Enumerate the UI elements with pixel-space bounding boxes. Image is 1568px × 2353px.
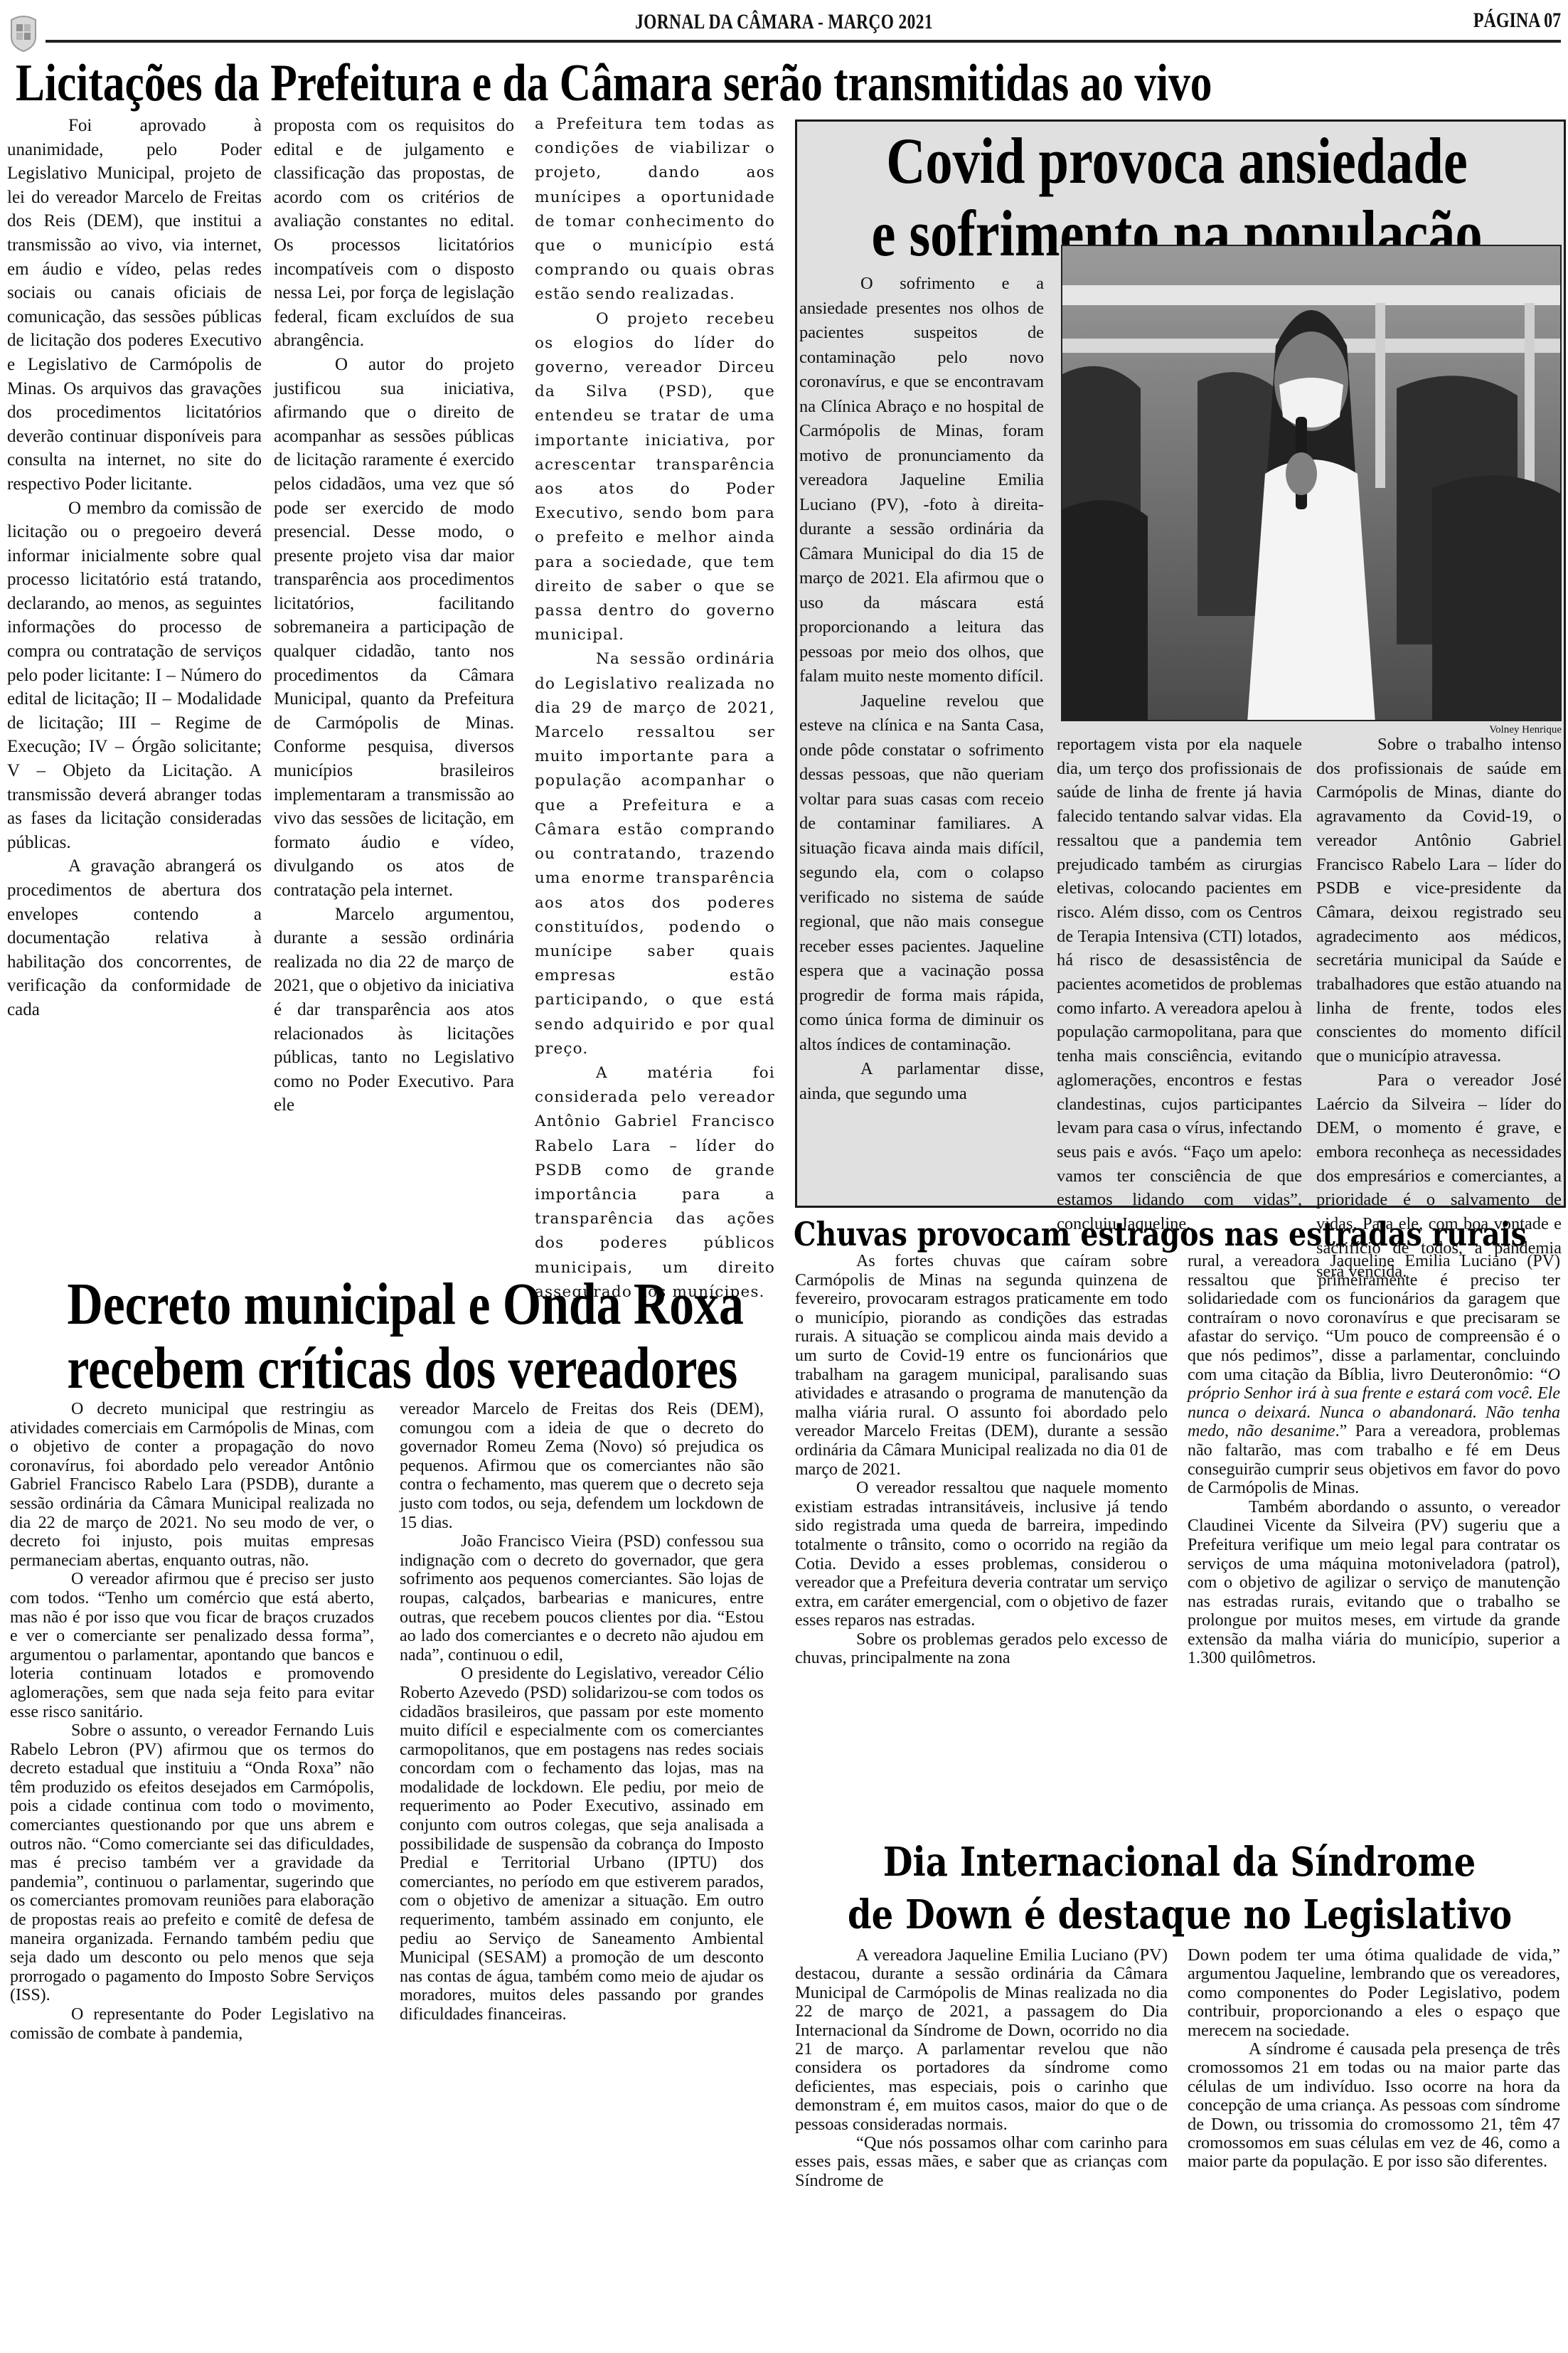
headline-covid-line-1: Covid provoca ansiedade bbox=[867, 128, 1487, 193]
paragraph: reportagem vista por ela naquele dia, um… bbox=[1057, 733, 1302, 1236]
paragraph: O membro da comissão de licitação ou o p… bbox=[7, 496, 262, 855]
paragraph: rural, a vereadora Jaqueline Emilia Luci… bbox=[1188, 1252, 1560, 1498]
down-column-2: Down podem ter uma ótima qualidade de vi… bbox=[1188, 1946, 1560, 2172]
covid-column-2: reportagem vista por ela naquele dia, um… bbox=[1057, 733, 1302, 1236]
masthead-rule bbox=[46, 40, 1561, 43]
headline-down-line-1: Dia Internacional da Síndrome bbox=[848, 1842, 1511, 1882]
coat-of-arms-icon bbox=[7, 13, 40, 53]
paragraph: “Que nós possamos olhar com carinho para… bbox=[795, 2134, 1168, 2190]
paragraph: A matéria foi considerada pelo vereador … bbox=[535, 1061, 775, 1305]
chuvas-column-1: As fortes chuvas que caíram sobre Carmóp… bbox=[795, 1252, 1168, 1668]
covid-column-3: Sobre o trabalho intenso dos profissiona… bbox=[1316, 733, 1562, 1284]
headline-chuvas: Chuvas provocam estragos nas estradas ru… bbox=[794, 1218, 1527, 1250]
paragraph: João Francisco Vieira (PSD) confessou su… bbox=[400, 1532, 764, 1664]
paragraph: Down podem ter uma ótima qualidade de vi… bbox=[1188, 1946, 1560, 2040]
paragraph: O vereador ressaltou que naquele momento… bbox=[795, 1479, 1168, 1630]
down-column-1: A vereadora Jaqueline Emilia Luciano (PV… bbox=[795, 1946, 1168, 2190]
newspaper-title: JORNAL DA CÂMARA - MARÇO 2021 bbox=[173, 10, 1396, 34]
headline-licitacoes: Licitações da Prefeitura e da Câmara ser… bbox=[16, 57, 1212, 110]
paragraph: A parlamentar disse, ainda, que segundo … bbox=[799, 1057, 1044, 1106]
paragraph: O presidente do Legislativo, vereador Cé… bbox=[400, 1664, 764, 2024]
covid-column-1: O sofrimento e a ansiedade presentes nos… bbox=[799, 272, 1044, 1106]
licitacoes-column-2: proposta com os requisitos do edital e d… bbox=[274, 114, 514, 1117]
paragraph: O representante do Poder Legislativo na … bbox=[10, 2005, 374, 2043]
paragraph: O autor do projeto justificou sua inicia… bbox=[274, 353, 514, 903]
decreto-column-1: O decreto municipal que restringiu as at… bbox=[10, 1400, 374, 2043]
paragraph: O sofrimento e a ansiedade presentes nos… bbox=[799, 272, 1044, 689]
paragraph: Também abordando o assunto, o vereador C… bbox=[1188, 1498, 1560, 1668]
paragraph: Marcelo argumentou, durante a sessão ord… bbox=[274, 903, 514, 1117]
paragraph: vereador Marcelo de Freitas dos Reis (DE… bbox=[400, 1400, 764, 1532]
licitacoes-column-3: a Prefeitura tem todas as condições de v… bbox=[535, 112, 775, 1305]
paragraph: A gravação abrangerá os procedimentos de… bbox=[7, 854, 262, 1021]
headline-decreto-line-2: recebem críticas dos vereadores bbox=[67, 1339, 722, 1398]
photo-vereadora-jaqueline bbox=[1061, 245, 1562, 721]
paragraph: A síndrome é causada pela presença de tr… bbox=[1188, 2040, 1560, 2172]
paragraph: As fortes chuvas que caíram sobre Carmóp… bbox=[795, 1252, 1168, 1479]
paragraph: a Prefeitura tem todas as condições de v… bbox=[535, 112, 775, 307]
paragraph: O projeto recebeu os elogios do líder do… bbox=[535, 307, 775, 648]
quote-lead: rural, a vereadora Jaqueline Emilia Luci… bbox=[1188, 1252, 1560, 1384]
paragraph: proposta com os requisitos do edital e d… bbox=[274, 114, 514, 353]
paragraph: Sobre o assunto, o vereador Fernando Lui… bbox=[10, 1721, 374, 2005]
paragraph: O decreto municipal que restringiu as at… bbox=[10, 1400, 374, 1570]
paragraph: Foi aprovado à unanimidade, pelo Poder L… bbox=[7, 114, 262, 496]
paragraph: Na sessão ordinária do Legislativo reali… bbox=[535, 647, 775, 1061]
headline-down-line-2: de Down é destaque no Legislativo bbox=[848, 1895, 1511, 1935]
decreto-column-2: vereador Marcelo de Freitas dos Reis (DE… bbox=[400, 1400, 764, 2024]
paragraph: Sobre os problemas gerados pelo excesso … bbox=[795, 1630, 1168, 1668]
paragraph: O vereador afirmou que é preciso ser jus… bbox=[10, 1570, 374, 1721]
page-number: PÁGINA 07 bbox=[1473, 9, 1561, 33]
chuvas-column-2: rural, a vereadora Jaqueline Emilia Luci… bbox=[1188, 1252, 1560, 1668]
licitacoes-column-1: Foi aprovado à unanimidade, pelo Poder L… bbox=[7, 114, 262, 1022]
paragraph: A vereadora Jaqueline Emilia Luciano (PV… bbox=[795, 1946, 1168, 2134]
paragraph: Jaqueline revelou que esteve na clínica … bbox=[799, 689, 1044, 1058]
paragraph: Sobre o trabalho intenso dos profissiona… bbox=[1316, 733, 1562, 1068]
headline-decreto-line-1: Decreto municipal e Onda Roxa bbox=[67, 1275, 722, 1334]
